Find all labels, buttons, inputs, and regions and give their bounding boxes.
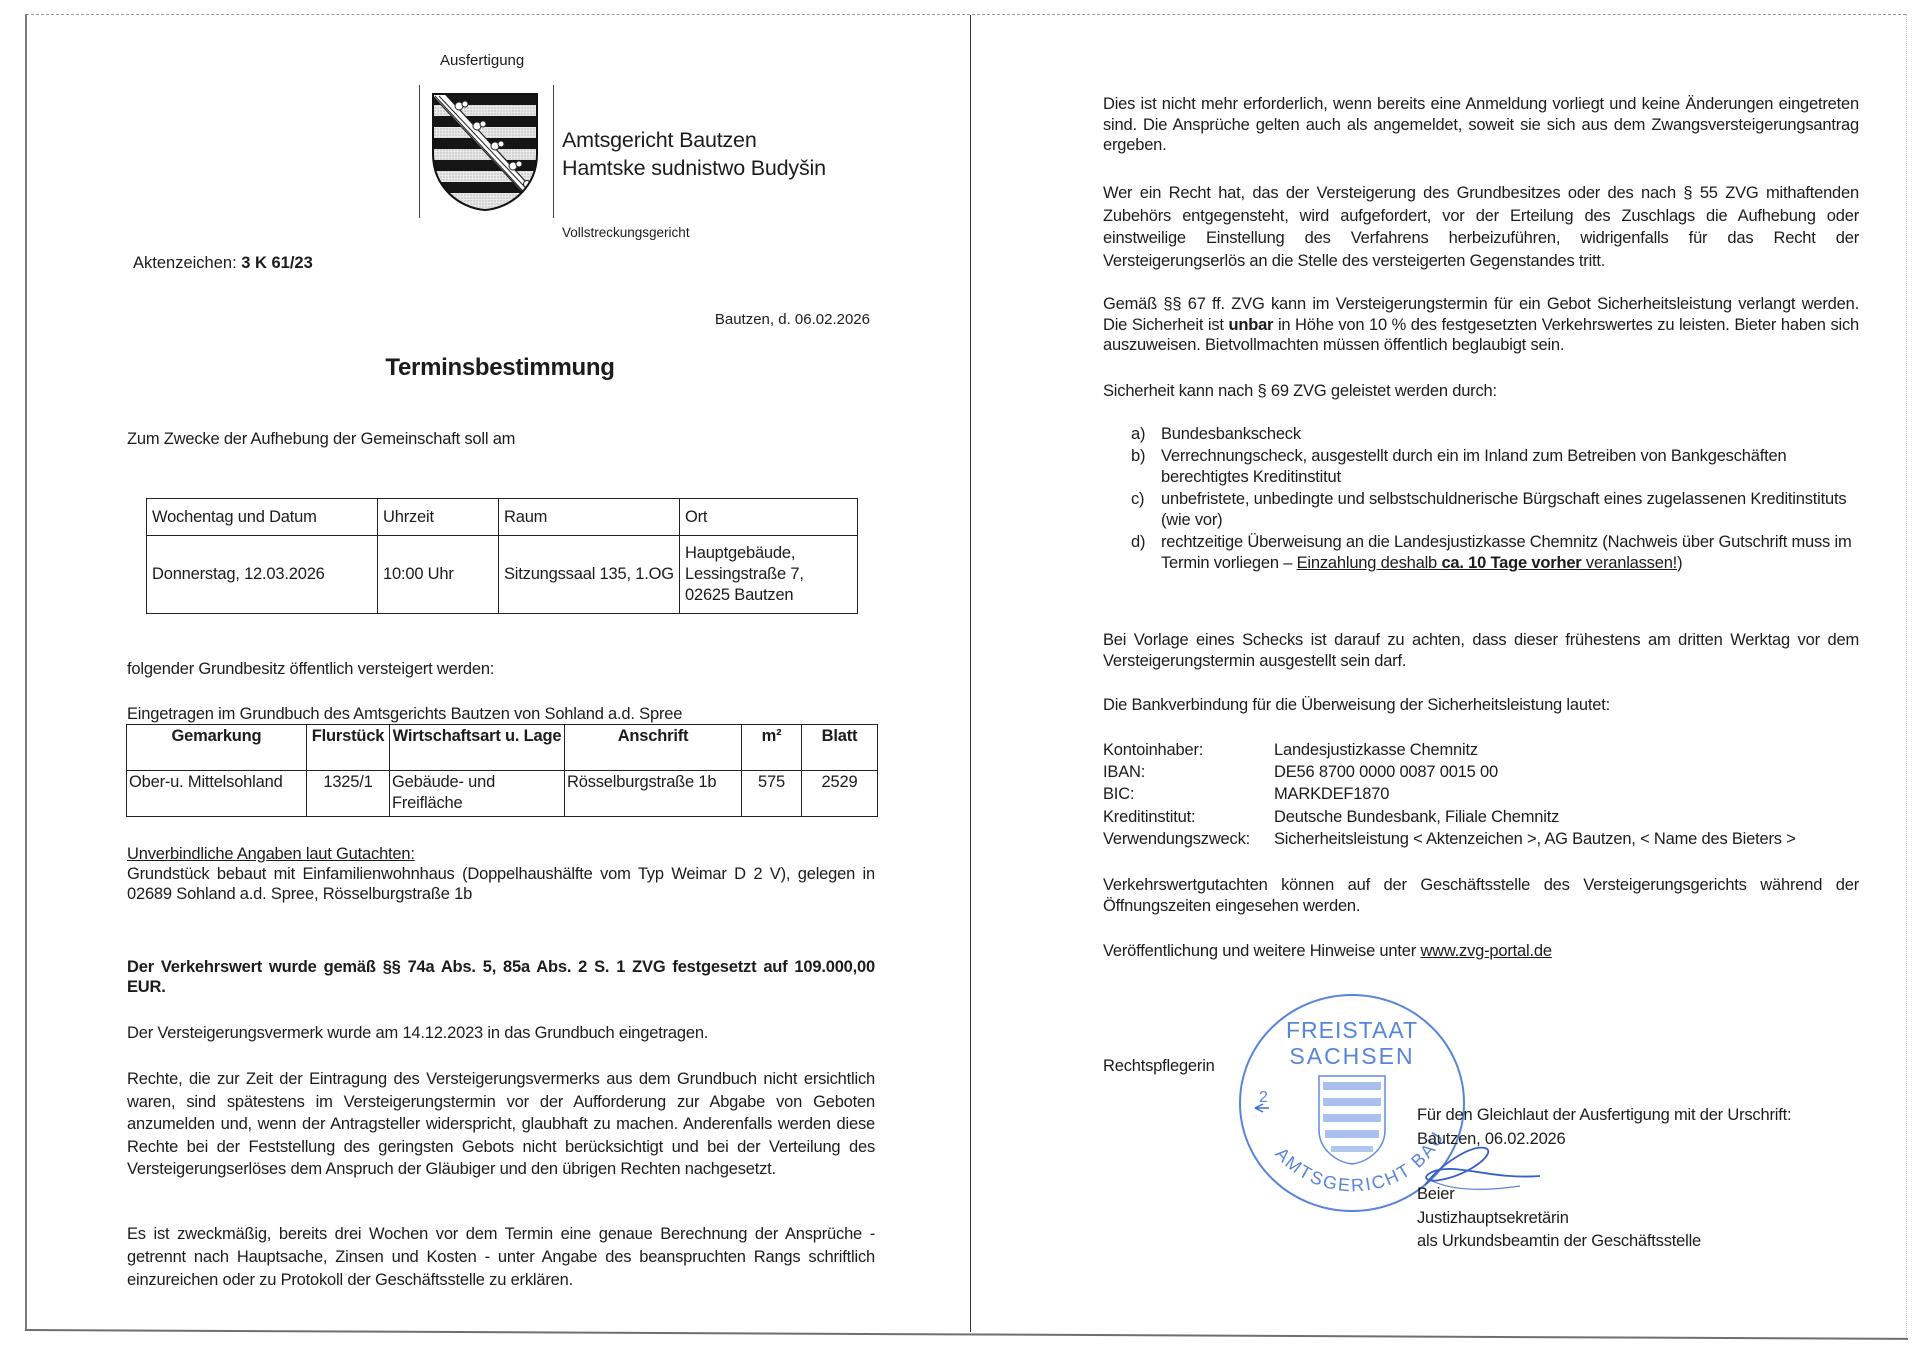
header-cell: Blatt: [802, 725, 878, 771]
table-row: Ober-u. Mittelsohland 1325/1 Gebäude- un…: [127, 771, 878, 817]
bank-label: IBAN:: [1103, 761, 1274, 783]
cell-wirtschaftsart: Gebäude- und Freifläche: [390, 771, 565, 817]
case-number-label: Aktenzeichen:: [133, 254, 241, 272]
deadline-b: veranlassen!: [1582, 554, 1678, 572]
cell-room: Sitzungssaal 135, 1.OG: [499, 536, 680, 614]
appointment-table-header: Wochentag und Datum Uhrzeit Raum Ort: [147, 499, 858, 536]
header-cell: m²: [742, 725, 802, 771]
certification-line: Für den Gleichlaut der Ausfertigung mit …: [1417, 1104, 1791, 1128]
zweckmaessig-text: Es ist zweckmäßig, bereits drei Wochen v…: [127, 1223, 875, 1292]
list-item-text: unbefristete, unbedingte und selbstschul…: [1161, 490, 1846, 530]
bank-row-holder: Kontoinhaber:Landesjustizkasse Chemnitz: [1103, 739, 1796, 761]
recht-text: Wer ein Recht hat, das der Versteigerung…: [1103, 182, 1859, 272]
gutachten-heading: Unverbindliche Angaben laut Gutachten:: [127, 844, 415, 864]
cell-area: 575: [742, 771, 802, 817]
court-name-sorbian: Hamtske sudnistwo Budyšin: [562, 154, 826, 182]
court-department: Vollstreckungsgericht: [562, 225, 690, 240]
list-item: c)unbefristete, unbedingte und selbstsch…: [1131, 489, 1861, 532]
cell-gemarkung: Ober-u. Mittelsohland: [127, 771, 307, 817]
page-divider: [970, 15, 971, 1332]
deadline-bold: ca. 10 Tage vorher: [1441, 554, 1581, 572]
cell-location: Hauptgebäude, Lessingstraße 7, 02625 Bau…: [680, 536, 858, 614]
property-table: Gemarkung Flurstück Wirtschaftsart u. La…: [126, 724, 878, 817]
stamp-text-top2: SACHSEN: [1289, 1043, 1414, 1069]
list-marker: d): [1131, 532, 1145, 554]
page-border-left: [25, 14, 27, 1330]
bank-value: MARKDEF1870: [1274, 783, 1389, 805]
logo-rule-right: [553, 85, 554, 218]
court-name: Amtsgericht Bautzen Hamtske sudnistwo Bu…: [562, 126, 826, 182]
header-cell: Wochentag und Datum: [147, 499, 378, 536]
payment-deadline-note: Einzahlung deshalb ca. 10 Tage vorher ve…: [1297, 554, 1677, 572]
header-cell: Raum: [499, 499, 680, 536]
anmeldung-text: Dies ist nicht mehr erforderlich, wenn b…: [1103, 94, 1859, 156]
case-number-value: 3 K 61/23: [241, 254, 313, 272]
cell-blatt: 2529: [802, 771, 878, 817]
list-item-text: Bundesbankscheck: [1161, 425, 1301, 443]
list-marker: c): [1131, 489, 1144, 511]
bank-row-purpose: Verwendungszweck:Sicherheitsleistung < A…: [1103, 828, 1796, 850]
grundbuch-caption: Eingetragen im Grundbuch des Amtsgericht…: [127, 704, 682, 724]
logo-rule-left: [419, 85, 420, 218]
stamp-number: 2: [1259, 1089, 1268, 1106]
bank-label: Verwendungszweck:: [1103, 828, 1274, 850]
clerk-block: Beier Justizhauptsekretärin als Urkundsb…: [1417, 1183, 1701, 1254]
security-options-list: a)Bundesbankscheck b)Verrechnungscheck, …: [1131, 424, 1861, 575]
property-table-header: Gemarkung Flurstück Wirtschaftsart u. La…: [127, 725, 878, 771]
sicherheit-unbar: unbar: [1228, 316, 1273, 334]
list-item-tail: ): [1677, 554, 1682, 572]
rechtspflegerin-label: Rechtspflegerin: [1103, 1056, 1215, 1076]
saxony-coat-of-arms-icon: [431, 92, 539, 212]
clerk-role-2: als Urkundsbeamtin der Geschäftsstelle: [1417, 1230, 1701, 1254]
sicherheit-text: Gemäß §§ 67 ff. ZVG kann im Versteigerun…: [1103, 294, 1859, 356]
bank-intro: Die Bankverbindung für die Überweisung d…: [1103, 695, 1610, 715]
bank-row-bic: BIC:MARKDEF1870: [1103, 783, 1796, 805]
clerk-role: Justizhauptsekretärin: [1417, 1207, 1701, 1231]
cell-anschrift: Rösselburgstraße 1b: [565, 771, 742, 817]
header-cell: Uhrzeit: [378, 499, 499, 536]
list-item: d)rechtzeitige Überweisung an die Landes…: [1131, 532, 1861, 575]
header-cell: Ort: [680, 499, 858, 536]
clerk-name: Beier: [1417, 1183, 1701, 1207]
intro-text: Zum Zwecke der Aufhebung der Gemeinschaf…: [127, 429, 515, 449]
vermerk-text: Der Versteigerungsvermerk wurde am 14.12…: [127, 1023, 875, 1043]
cell-flurstueck: 1325/1: [307, 771, 390, 817]
page-border-top: [26, 14, 1906, 15]
verkehrswert-text: Der Verkehrswert wurde gemäß §§ 74a Abs.…: [127, 957, 875, 997]
place-date: Bautzen, d. 06.02.2026: [600, 311, 870, 328]
publication-note: Veröffentlichung und weitere Hinweise un…: [1103, 941, 1552, 961]
header-cell: Anschrift: [565, 725, 742, 771]
bank-value: Landesjustizkasse Chemnitz: [1274, 739, 1478, 761]
rechte-text: Rechte, die zur Zeit der Eintragung des …: [127, 1068, 875, 1181]
zvg-portal-link[interactable]: www.zvg-portal.de: [1420, 942, 1551, 960]
property-intro: folgender Grundbesitz öffentlich verstei…: [127, 659, 494, 679]
bank-row-iban: IBAN:DE56 8700 0000 0087 0015 00: [1103, 761, 1796, 783]
page-border-right: [1906, 14, 1907, 1338]
bank-label: Kontoinhaber:: [1103, 739, 1274, 761]
case-number: Aktenzeichen: 3 K 61/23: [133, 254, 313, 273]
list-item: b)Verrechnungscheck, ausgestellt durch e…: [1131, 446, 1861, 489]
certification-date: Bautzen, 06.02.2026: [1417, 1128, 1791, 1152]
list-marker: a): [1131, 424, 1145, 446]
bank-value: Deutsche Bundesbank, Filiale Chemnitz: [1274, 806, 1559, 828]
court-name-german: Amtsgericht Bautzen: [562, 126, 826, 154]
bank-label: BIC:: [1103, 783, 1274, 805]
appointment-table: Wochentag und Datum Uhrzeit Raum Ort Don…: [146, 498, 858, 614]
list-item: a)Bundesbankscheck: [1131, 424, 1861, 446]
table-row: Donnerstag, 12.03.2026 10:00 Uhr Sitzung…: [147, 536, 858, 614]
certification-block: Für den Gleichlaut der Ausfertigung mit …: [1417, 1104, 1791, 1151]
header-cell: Gemarkung: [127, 725, 307, 771]
cell-time: 10:00 Uhr: [378, 536, 499, 614]
gutachten-einsicht-text: Verkehrswertgutachten können auf der Ges…: [1103, 875, 1859, 916]
bank-details: Kontoinhaber:Landesjustizkasse Chemnitz …: [1103, 739, 1796, 850]
stamp-text-top1: FREISTAAT: [1286, 1017, 1418, 1043]
page-border-bottom: [25, 1329, 1908, 1340]
list-marker: b): [1131, 446, 1145, 468]
document-title: Terminsbestimmung: [250, 354, 750, 382]
header-cell: Flurstück: [307, 725, 390, 771]
deadline-a: Einzahlung deshalb: [1297, 554, 1442, 572]
publication-prefix: Veröffentlichung und weitere Hinweise un…: [1103, 942, 1420, 960]
gutachten-text: Grundstück bebaut mit Einfamilienwohnhau…: [127, 864, 875, 904]
cell-date: Donnerstag, 12.03.2026: [147, 536, 378, 614]
sicherheit-intro: Sicherheit kann nach § 69 ZVG geleistet …: [1103, 381, 1497, 401]
header-cell: Wirtschaftsart u. Lage: [390, 725, 565, 771]
bank-row-institute: Kreditinstitut:Deutsche Bundesbank, Fili…: [1103, 806, 1796, 828]
bank-label: Kreditinstitut:: [1103, 806, 1274, 828]
list-item-text: Verrechnungscheck, ausgestellt durch ein…: [1161, 447, 1786, 487]
bank-value: Sicherheitsleistung < Aktenzeichen >, AG…: [1274, 828, 1796, 850]
scheck-text: Bei Vorlage eines Schecks ist darauf zu …: [1103, 630, 1859, 671]
ausfertigung-label: Ausfertigung: [440, 52, 524, 69]
bank-value: DE56 8700 0000 0087 0015 00: [1274, 761, 1498, 783]
